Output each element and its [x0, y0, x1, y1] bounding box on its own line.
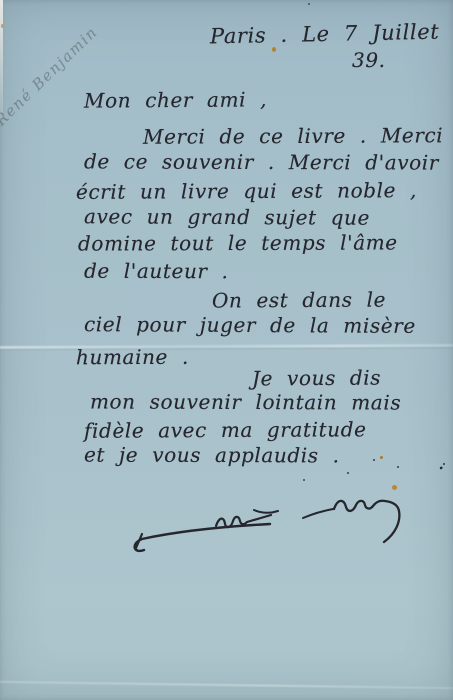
body-line: ciel pour juger de la misère — [84, 314, 416, 336]
ink-speck — [308, 3, 310, 5]
ink-speck — [303, 479, 305, 481]
ink-speck — [373, 459, 375, 461]
dateline-year: 39. — [352, 50, 386, 70]
ink-speck — [397, 466, 399, 468]
signature-flourish — [58, 474, 448, 554]
ink-speck — [347, 472, 349, 474]
dateline: Paris . Le 7 Juillet — [210, 22, 440, 48]
ink-speck — [443, 463, 445, 465]
pencil-annotation: René Benjamin — [0, 23, 101, 130]
body-line: et je vous applaudis . — [84, 445, 340, 466]
body-line: écrit un livre qui est noble , — [76, 180, 417, 202]
body-line: fidèle avec ma gratitude — [84, 419, 367, 440]
body-line: On est dans le — [212, 290, 386, 311]
ink-speck — [272, 47, 276, 52]
paper-edge — [0, 0, 3, 118]
letter-scan: René Benjamin Paris . Le 7 Juillet 39. M… — [0, 0, 453, 700]
body-line: humaine . — [76, 347, 189, 367]
ink-speck — [380, 456, 383, 459]
body-line: Merci de ce livre . Merci — [143, 125, 443, 147]
fold-crease-bottom — [0, 681, 453, 689]
body-line: mon souvenir lointain mais — [90, 391, 401, 412]
body-line: de ce souvenir . Merci d'avoir — [84, 151, 439, 172]
paper-speck — [1, 24, 4, 28]
stray-ink-dot: . — [438, 452, 445, 472]
body-line: Je vous dis — [252, 368, 381, 389]
body-line: avec un grand sujet que — [84, 206, 370, 227]
salutation: Mon cher ami , — [84, 89, 267, 110]
fold-crease — [0, 344, 453, 349]
ink-speck — [392, 485, 397, 490]
body-line: domine tout le temps l'âme — [78, 232, 398, 253]
body-line: de l'auteur . — [84, 261, 229, 282]
